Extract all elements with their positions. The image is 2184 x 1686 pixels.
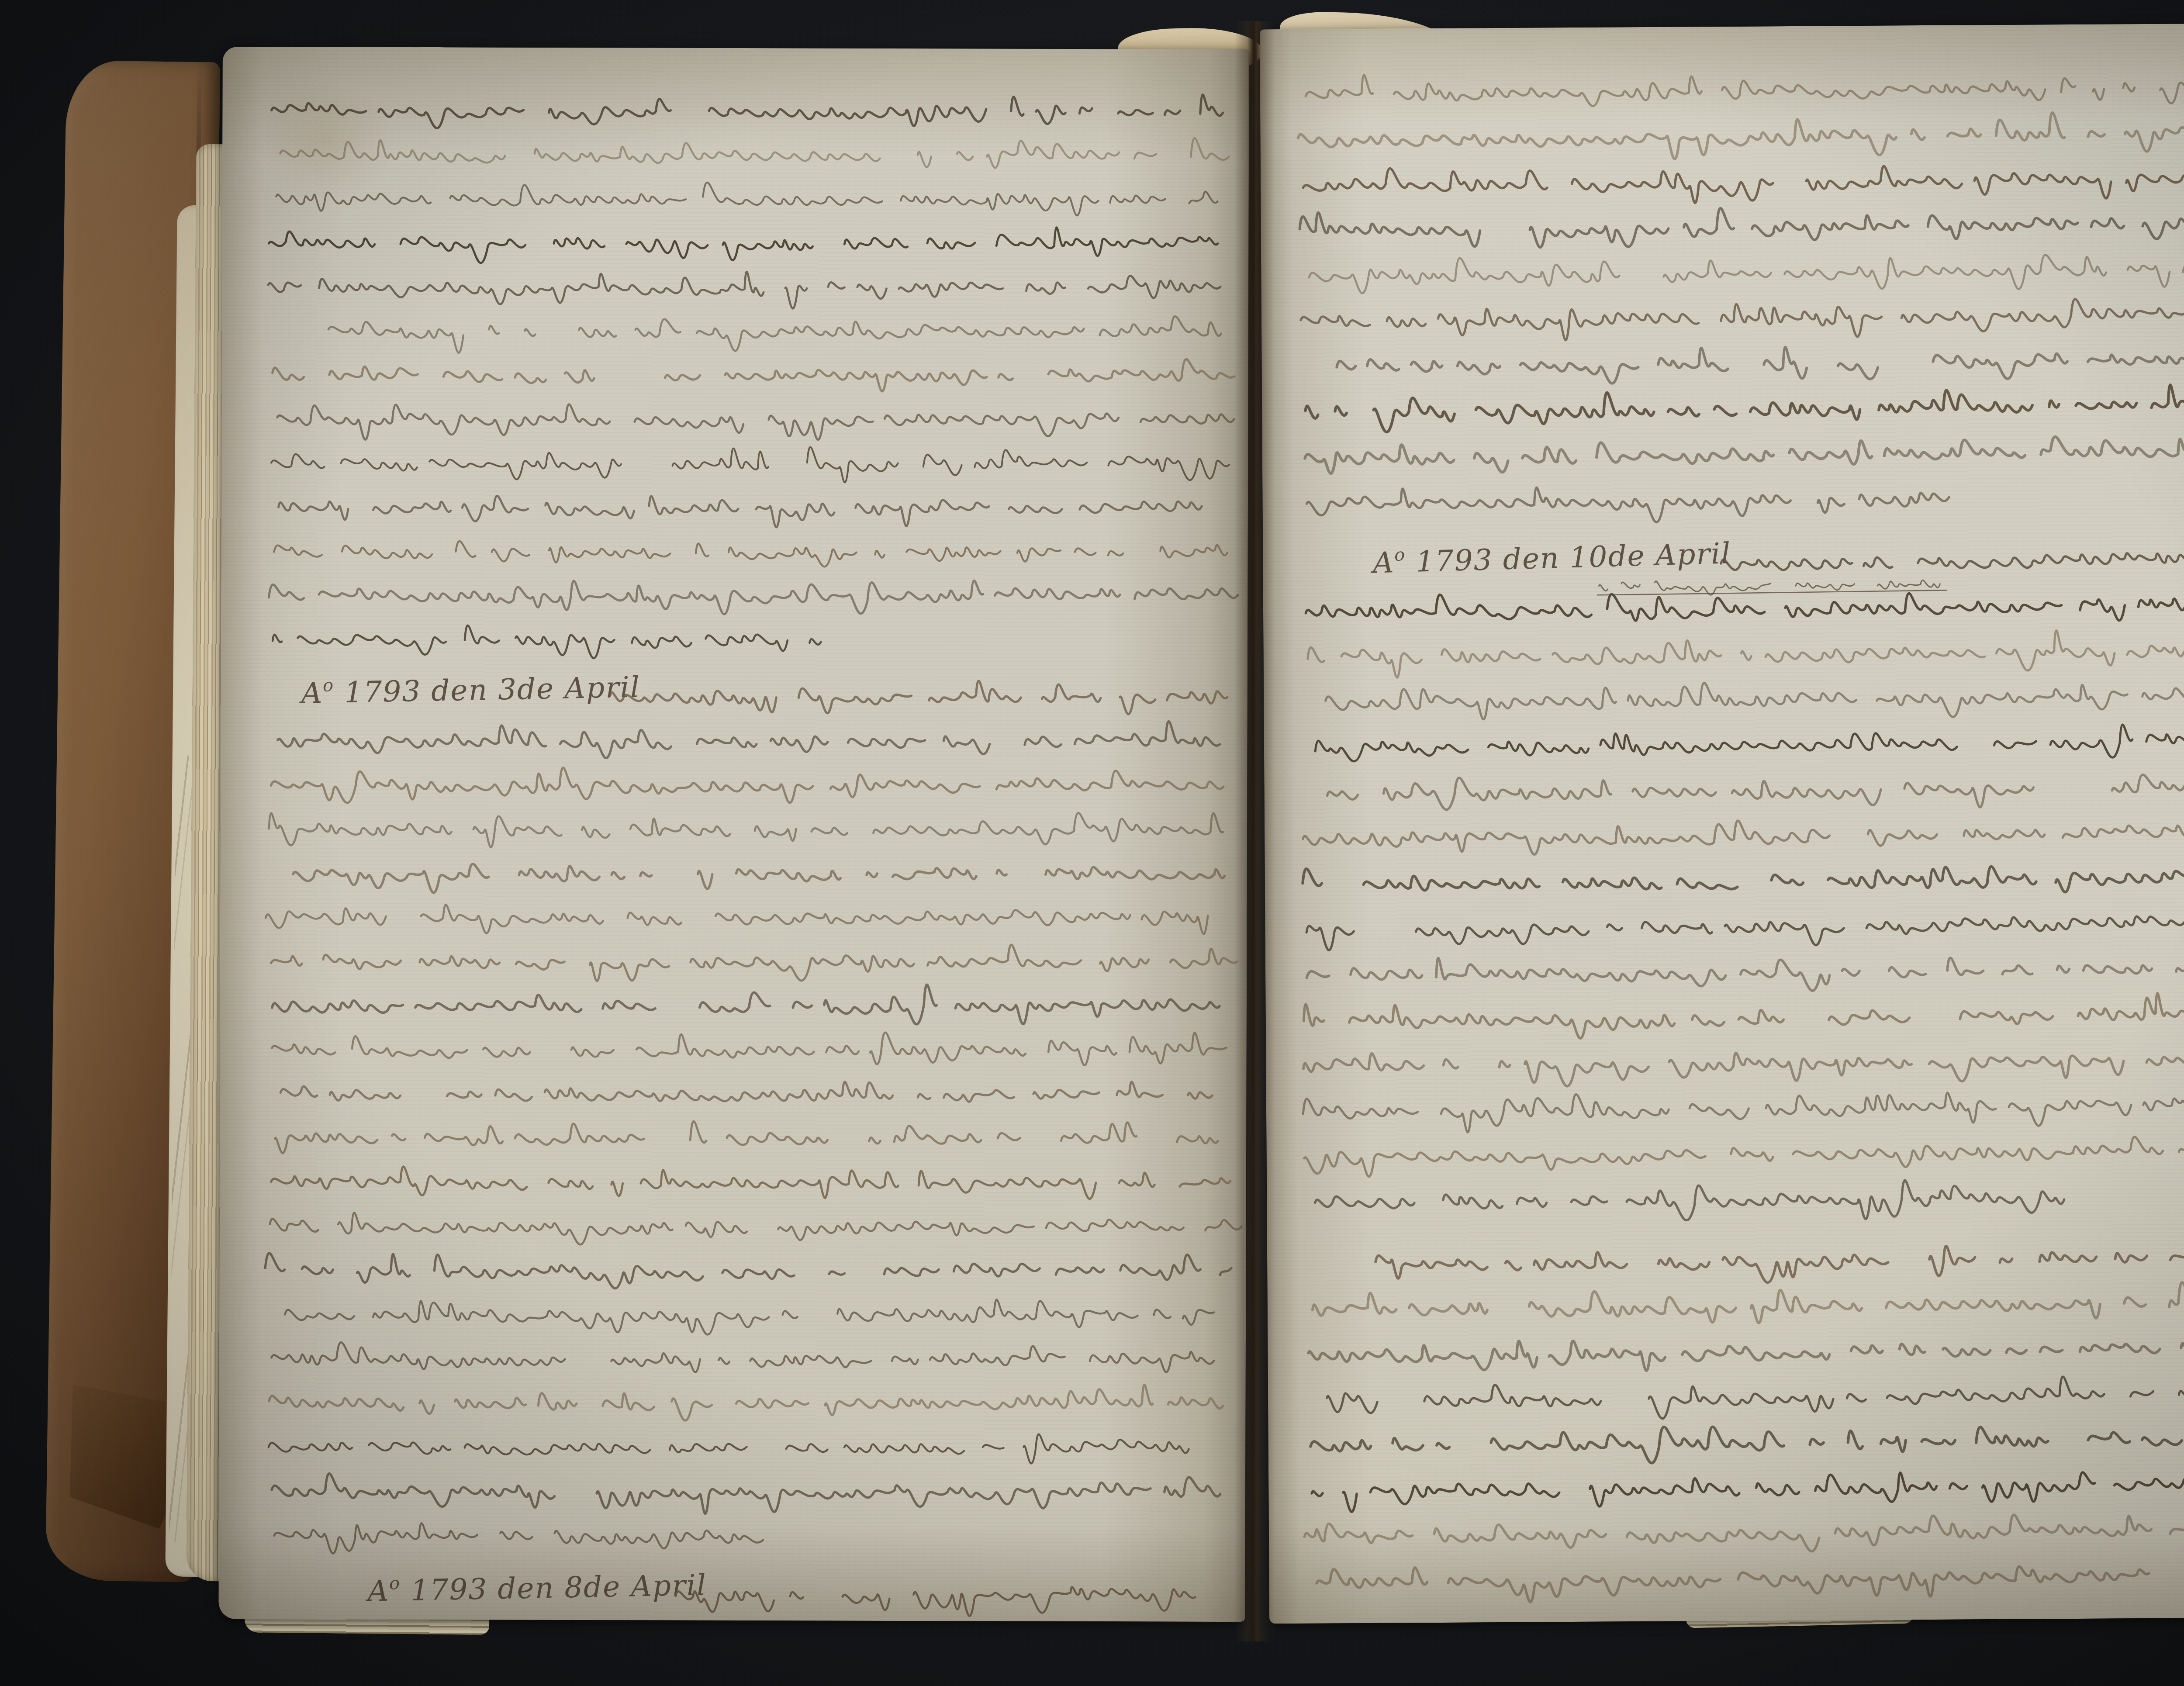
handwriting-line: [278, 719, 1220, 760]
handwriting-line: [269, 579, 1238, 615]
handwriting-line: [1304, 1513, 2184, 1555]
handwriting-line: [273, 357, 1235, 392]
handwriting-line: [1315, 724, 2184, 762]
handwriting-line: [1327, 1375, 2184, 1421]
handwriting-line: [676, 1586, 1196, 1617]
handwriting-line: [1303, 1048, 2184, 1088]
legible-date-fragment: Ao 1793 den 8de April: [365, 1568, 707, 1608]
handwriting-line: [271, 1342, 1214, 1374]
handwriting-line: [1303, 1090, 2184, 1133]
handwriting-line: [274, 541, 1227, 568]
handwriting-line: [272, 983, 1220, 1025]
archival-scan: Ao 1793 den 3de AprilAo 1793 den 8de Apr…: [0, 0, 2184, 1686]
handwriting-line: [1306, 485, 1949, 524]
handwriting-line: [1301, 298, 2184, 342]
handwriting-line: [269, 1382, 1223, 1422]
handwriting-line: [276, 181, 1217, 216]
handwriting-line: [1308, 1330, 2184, 1372]
handwriting-line: [280, 1080, 1212, 1103]
page-left: Ao 1793 den 3de AprilAo 1793 den 8de Apr…: [218, 47, 1249, 1622]
handwriting-line: [1375, 1244, 2184, 1285]
handwriting-line: [328, 314, 1221, 355]
handwriting-line: [1303, 857, 2184, 897]
handwriting-line: [271, 943, 1237, 983]
handwriting-line: [277, 404, 1234, 442]
handwriting-line: [1298, 111, 2184, 162]
handwriting-line: [1305, 435, 2184, 473]
handwriting-line: [1304, 993, 2184, 1040]
handwriting-line: [285, 1298, 1214, 1336]
handwriting-line: [1313, 1282, 2184, 1326]
handwriting-line: [265, 1252, 1231, 1290]
legible-date-fragment: Ao 1793 den 3de April: [298, 670, 641, 710]
handwriting-line: [272, 1030, 1226, 1066]
handwriting-line: [269, 811, 1223, 849]
handwriting-line: [272, 92, 1223, 130]
handwriting-line: [272, 1473, 1220, 1515]
handwriting-line: [1308, 629, 2184, 678]
handwriting-line: [280, 136, 1229, 169]
handwriting-right-page: Ao 1793 den 10de April: [1260, 23, 2184, 1624]
handwriting-line: [1312, 1471, 2184, 1512]
handwriting-line: [266, 904, 1208, 935]
handwriting-line: [1303, 818, 2184, 856]
handwriting-line: [1299, 205, 2184, 249]
handwriting-line: [1310, 1423, 2184, 1465]
handwriting-line: [1306, 69, 2184, 108]
handwriting-line: [271, 446, 1229, 484]
handwriting-line: [1327, 773, 2184, 811]
handwriting-line: [1325, 680, 2184, 721]
handwriting-line: [275, 1120, 1218, 1156]
handwriting-line: [1306, 590, 2184, 625]
handwriting-line: [1315, 1179, 2064, 1223]
handwriting-line: [1304, 1136, 2184, 1177]
handwriting-line: [270, 1213, 1242, 1247]
page-right: Ao 1793 den 10de April 94.: [1260, 23, 2184, 1624]
handwriting-line: [1309, 250, 2184, 294]
handwriting-line: [1597, 590, 1947, 595]
handwriting-line: [271, 1166, 1230, 1199]
handwriting-left-page: Ao 1793 den 3de AprilAo 1793 den 8de Apr…: [218, 47, 1249, 1622]
handwriting-line: [293, 864, 1225, 895]
legible-date-fragment: Ao 1793 den 10de April: [1370, 536, 1731, 580]
handwriting-line: [274, 1523, 763, 1555]
book-gutter: [1234, 21, 1275, 1641]
handwriting-line: [1303, 163, 2184, 205]
handwriting-line: [268, 270, 1220, 310]
handwriting-line: [269, 1432, 1212, 1464]
handwriting-line: [1306, 952, 2184, 994]
handwriting-line: [1337, 344, 2184, 385]
handwriting-line: [269, 225, 1218, 265]
handwriting-line: [610, 680, 1227, 714]
handwriting-line: [1317, 1563, 2149, 1603]
handwriting-line: [278, 495, 1202, 529]
handwriting-line: [1305, 384, 2184, 432]
handwriting-line: [273, 625, 821, 659]
handwriting-line: [271, 767, 1223, 805]
handwriting-line: [1721, 537, 2184, 570]
handwriting-line: [1306, 915, 2184, 950]
